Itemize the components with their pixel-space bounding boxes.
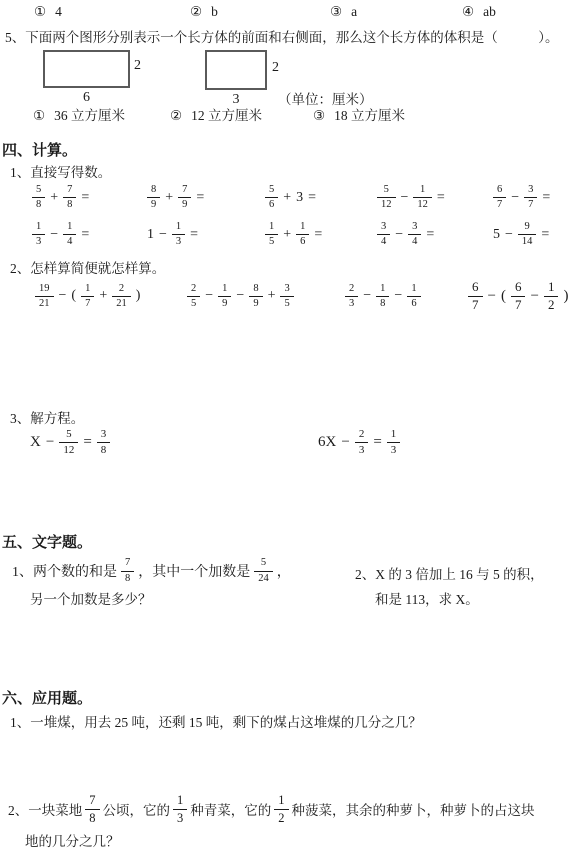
fraction: 13	[32, 221, 45, 248]
q5-option-1: ①36 立方厘米	[33, 104, 170, 124]
word-problem-2-line-1: 2、X 的 3 倍加上 16 与 5 的积，	[355, 563, 575, 583]
equations-row: X−512=38 6X−23=13	[0, 428, 575, 456]
circled-number: ②	[190, 4, 202, 20]
math-text: 6X	[318, 434, 336, 451]
fraction: 35	[280, 283, 293, 310]
fraction: 16	[296, 221, 309, 248]
math-text: (	[71, 288, 76, 304]
math-text: −	[236, 288, 244, 304]
math-text: +	[283, 227, 291, 243]
fraction: 23	[355, 428, 369, 456]
math-text: =	[190, 227, 198, 243]
math-text: =	[81, 190, 89, 206]
math-text: 5	[493, 227, 500, 243]
application-problem-2-line-2: 地的几分之几？	[8, 830, 565, 850]
fraction: 38	[97, 428, 111, 456]
fraction: 67	[468, 280, 483, 313]
choice-label: 4	[55, 4, 62, 20]
word-problem-2: 2、X 的 3 倍加上 16 与 5 的积， 和是 113，求 X。	[355, 556, 575, 608]
math-text: 种菠菜，其余的种萝卜，种萝卜的占这块	[292, 799, 535, 819]
math-text: =	[437, 190, 445, 206]
choice-option-4: ④ab	[462, 4, 575, 20]
fraction: 914	[518, 221, 537, 248]
fraction: 13	[172, 221, 185, 248]
math-text: )	[136, 288, 141, 304]
equation: 6X−23=13	[318, 428, 575, 456]
math-text: −	[505, 227, 513, 243]
expression: 67−(67−12)	[468, 280, 575, 313]
expression: 23−18−16	[345, 280, 468, 313]
direct-calc-title: 1、直接写得数。	[10, 161, 111, 181]
equations-title: 3、解方程。	[10, 407, 84, 427]
fraction: 13	[387, 428, 401, 456]
fraction: 512	[59, 428, 78, 456]
fraction: 67	[493, 184, 506, 211]
fraction: 512	[377, 184, 396, 211]
math-text: −	[159, 227, 167, 243]
fraction: 18	[376, 283, 389, 310]
choice-option-1: ①4	[34, 4, 190, 20]
circled-number: ①	[33, 108, 45, 124]
math-text: =	[373, 434, 381, 451]
fraction: 89	[249, 283, 262, 310]
word-problem-1: 1、两个数的和是78，其中一个加数是524， 另一个加数是多少？	[12, 556, 355, 608]
fraction: 19	[218, 283, 231, 310]
fraction: 12	[544, 280, 559, 313]
math-text: ，其中一个加数是	[138, 561, 250, 581]
choice-label: ab	[483, 4, 496, 20]
choice-option-3: ③a	[330, 4, 462, 20]
application-problem-2: 2、一块菜地78公顷，它的13种青菜，它的12种菠菜，其余的种萝卜，种萝卜的占这…	[8, 792, 565, 850]
math-text: =	[308, 190, 316, 206]
math-text: −	[511, 190, 519, 206]
fraction: 16	[407, 283, 420, 310]
expression: 15+16=	[265, 221, 377, 248]
fraction: 14	[63, 221, 76, 248]
circled-number: ④	[462, 4, 474, 20]
fraction: 12	[274, 793, 288, 825]
choice-label: b	[211, 4, 218, 20]
rect1-height-label: 2	[134, 58, 141, 74]
math-text: −	[363, 288, 371, 304]
front-face-rectangle	[43, 50, 130, 88]
fraction: 56	[265, 184, 278, 211]
math-text: −	[205, 288, 213, 304]
fraction: 34	[377, 221, 390, 248]
expression: 25−19−89+35	[187, 280, 345, 313]
math-text: +	[165, 190, 173, 206]
expression: 89+79=	[147, 184, 265, 211]
math-text: (	[501, 288, 506, 305]
fraction: 78	[63, 184, 76, 211]
fraction: 67	[511, 280, 526, 313]
equation: X−512=38	[30, 428, 318, 456]
math-text: +	[50, 190, 58, 206]
math-text: =	[541, 227, 549, 243]
direct-calc-row-2: 13−14= 1−13= 15+16= 34−34= 5−914=	[0, 221, 575, 248]
word-problem-1-line-1: 1、两个数的和是78，其中一个加数是524，	[12, 556, 355, 586]
simplify-title: 2、怎样算简便就怎样算。	[10, 257, 165, 277]
choice-option-2: ②b	[190, 4, 330, 20]
word-problems: 1、两个数的和是78，其中一个加数是524， 另一个加数是多少？ 2、X 的 3…	[0, 556, 575, 608]
fraction: 524	[254, 557, 273, 584]
expression: 56+3=	[265, 184, 377, 211]
math-text: −	[341, 434, 349, 451]
question-5-text: 5、下面两个图形分别表示一个长方体的前面和右侧面，那么这个长方体的体积是（ ）。	[5, 26, 559, 46]
math-text: +	[268, 288, 276, 304]
math-text: +	[283, 190, 291, 206]
option-label: 36 立方厘米	[54, 104, 125, 124]
math-text: −	[395, 227, 403, 243]
fraction: 89	[147, 184, 160, 211]
fraction: 34	[408, 221, 421, 248]
word-problem-2-line-2: 和是 113，求 X。	[355, 588, 575, 608]
expression: 13−14=	[32, 221, 147, 248]
fraction: 78	[121, 557, 134, 584]
math-text: )	[563, 288, 568, 305]
fraction: 112	[413, 184, 432, 211]
section-4-title: 四、计算。	[2, 139, 77, 160]
fraction: 15	[265, 221, 278, 248]
q5-option-2: ②12 立方厘米	[170, 104, 313, 124]
section-6-title: 六、应用题。	[2, 687, 92, 708]
direct-calc-row-1: 58+78= 89+79= 56+3= 512−112= 67−37=	[0, 184, 575, 211]
word-problem-1-line-2: 另一个加数是多少？	[12, 588, 355, 608]
math-text: 2、一块菜地	[8, 799, 82, 819]
option-label: 12 立方厘米	[191, 104, 262, 124]
simplify-problems: 1921−(17+221) 25−19−89+35 23−18−16 67−(6…	[0, 280, 575, 313]
fraction: 1921	[35, 283, 54, 310]
math-text: ，	[277, 561, 291, 581]
math-text: =	[81, 227, 89, 243]
choice-label: a	[351, 4, 357, 20]
math-text: −	[530, 288, 538, 305]
fraction: 221	[112, 283, 131, 310]
expression: 512−112=	[377, 184, 493, 211]
math-text: =	[196, 190, 204, 206]
section-5-title: 五、文字题。	[2, 531, 92, 552]
math-text: −	[488, 288, 496, 305]
math-text: 1、两个数的和是	[12, 561, 117, 581]
math-text: +	[99, 288, 107, 304]
fraction: 25	[187, 283, 200, 310]
side-face-rectangle	[205, 50, 267, 90]
math-text: −	[50, 227, 58, 243]
fraction: 23	[345, 283, 358, 310]
math-text: 公顷，它的	[103, 799, 171, 819]
math-text: =	[83, 434, 91, 451]
circled-number: ③	[313, 108, 325, 124]
math-text: =	[314, 227, 322, 243]
math-text: −	[46, 434, 54, 451]
fraction: 13	[173, 793, 187, 825]
expression: 67−37=	[493, 184, 575, 211]
math-text: X	[30, 434, 41, 451]
fraction: 78	[85, 793, 99, 825]
math-text: =	[542, 190, 550, 206]
worksheet-page: ①4 ②b ③a ④ab 5、下面两个图形分别表示一个长方体的前面和右侧面，那么…	[0, 0, 575, 853]
application-problem-1: 1、一堆煤，用去 25 吨，还剩 15 吨，剩下的煤占这堆煤的几分之几？	[10, 711, 422, 731]
fraction: 37	[524, 184, 537, 211]
circled-number: ③	[330, 4, 342, 20]
math-text: −	[394, 288, 402, 304]
fraction: 17	[81, 283, 94, 310]
option-label: 18 立方厘米	[334, 104, 405, 124]
application-problem-2-line-1: 2、一块菜地78公顷，它的13种青菜，它的12种菠菜，其余的种萝卜，种萝卜的占这…	[8, 792, 565, 826]
rect2-height-label: 2	[272, 60, 279, 76]
q5-option-3: ③18 立方厘米	[313, 104, 575, 124]
math-text: =	[426, 227, 434, 243]
math-text: 1	[147, 227, 154, 243]
math-text: −	[401, 190, 409, 206]
expression: 1−13=	[147, 221, 265, 248]
math-text: 3	[296, 190, 303, 206]
fraction: 79	[178, 184, 191, 211]
cuboid-face-figures: 2 6 2 3 （单位：厘米）	[0, 48, 575, 108]
expression: 1921−(17+221)	[35, 280, 187, 313]
question-5-options: ①36 立方厘米 ②12 立方厘米 ③18 立方厘米	[0, 104, 575, 124]
expression: 58+78=	[32, 184, 147, 211]
choice-row: ①4 ②b ③a ④ab	[0, 4, 575, 20]
expression: 34−34=	[377, 221, 493, 248]
circled-number: ②	[170, 108, 182, 124]
expression: 5−914=	[493, 221, 575, 248]
math-text: −	[59, 288, 67, 304]
fraction: 58	[32, 184, 45, 211]
circled-number: ①	[34, 4, 46, 20]
math-text: 种青菜，它的	[190, 799, 271, 819]
